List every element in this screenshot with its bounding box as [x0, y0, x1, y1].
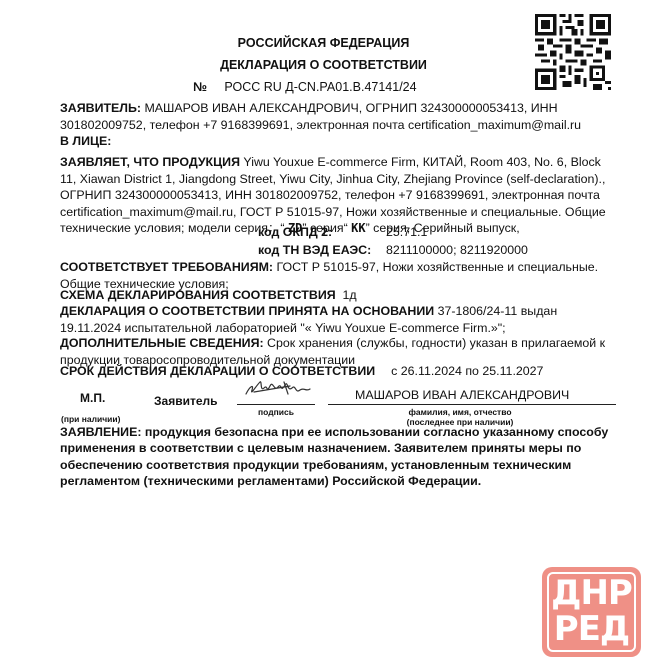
- extra-label: ДОПОЛНИТЕЛЬНЫЕ СВЕДЕНИЯ:: [60, 336, 264, 350]
- tnved-label: код ТН ВЭД ЕАЭС:: [258, 243, 386, 257]
- applicant-signature-label: Заявитель: [154, 394, 218, 408]
- qr-code-icon: [535, 14, 611, 90]
- signature-row: М.П. (при наличии) Заявитель подпись МАШ…: [0, 388, 651, 428]
- tnved-value: 8211100000; 8211920000: [386, 243, 528, 257]
- okpd-value: 25.71.1: [386, 225, 427, 239]
- validity-section: СРОК ДЕЙСТВИЯ ДЕКЛАРАЦИИ О СООТВЕТСТВИИс…: [60, 363, 620, 380]
- person-label: В ЛИЦЕ:: [60, 134, 111, 148]
- applicant-section: ЗАЯВИТЕЛЬ: МАШАРОВ ИВАН АЛЕКСАНДРОВИЧ, О…: [60, 100, 620, 150]
- signature-caption: подпись: [258, 407, 294, 417]
- full-name-caption-line1: фамилия, имя, отчество: [400, 407, 520, 417]
- declaration-number: № РОСС RU Д-CN.РА01.В.47141/24: [193, 80, 417, 94]
- scheme-label: СХЕМА ДЕКЛАРИРОВАНИЯ СООТВЕТСТВИЯ: [60, 288, 336, 302]
- scheme-value: 1д: [336, 288, 357, 302]
- number-sign: №: [193, 80, 207, 94]
- basis-label: ДЕКЛАРАЦИЯ О СООТВЕТСТВИИ ПРИНЯТА НА ОСН…: [60, 304, 434, 318]
- full-name-line: [328, 404, 616, 405]
- number-value: РОСС RU Д-CN.РА01.В.47141/24: [224, 80, 416, 94]
- okpd-label: код ОКПД 2:: [258, 225, 386, 239]
- product-label: ЗАЯВЛЯЕТ, ЧТО ПРОДУКЦИЯ: [60, 155, 240, 169]
- handwritten-signature-icon: [240, 376, 320, 404]
- validity-dates: с 26.11.2024 по 25.11.2027: [391, 364, 543, 378]
- signature-line: [237, 404, 315, 405]
- stamp-note: (при наличии): [61, 414, 120, 424]
- basis-section: ДЕКЛАРАЦИЯ О СООТВЕТСТВИИ ПРИНЯТА НА ОСН…: [60, 303, 620, 336]
- scheme-section: СХЕМА ДЕКЛАРИРОВАНИЯ СООТВЕТСТВИЯ 1д: [60, 287, 620, 304]
- watermark-line2: РЕД: [542, 611, 641, 647]
- validity-label: СРОК ДЕЙСТВИЯ ДЕКЛАРАЦИИ О СООТВЕТСТВИИ: [60, 364, 375, 378]
- okpd-code-row: код ОКПД 2:25.71.1: [258, 225, 427, 239]
- watermark-line1: ДНР: [542, 575, 641, 611]
- statement-section: ЗАЯВЛЕНИЕ: продукция безопасна при ее ис…: [60, 424, 620, 489]
- applicant-full-name: МАШАРОВ ИВАН АЛЕКСАНДРОВИЧ: [355, 388, 569, 402]
- stamp-label: М.П.: [80, 391, 105, 405]
- watermark-logo: ДНР РЕД: [542, 567, 641, 657]
- applicant-label: ЗАЯВИТЕЛЬ:: [60, 101, 141, 115]
- declaration-document: РОССИЙСКАЯ ФЕДЕРАЦИЯ ДЕКЛАРАЦИЯ О СООТВЕ…: [0, 0, 651, 670]
- tnved-code-row: код ТН ВЭД ЕАЭС:8211100000; 8211920000: [258, 243, 528, 257]
- conformity-label: СООТВЕТСТВУЕТ ТРЕБОВАНИЯМ:: [60, 260, 273, 274]
